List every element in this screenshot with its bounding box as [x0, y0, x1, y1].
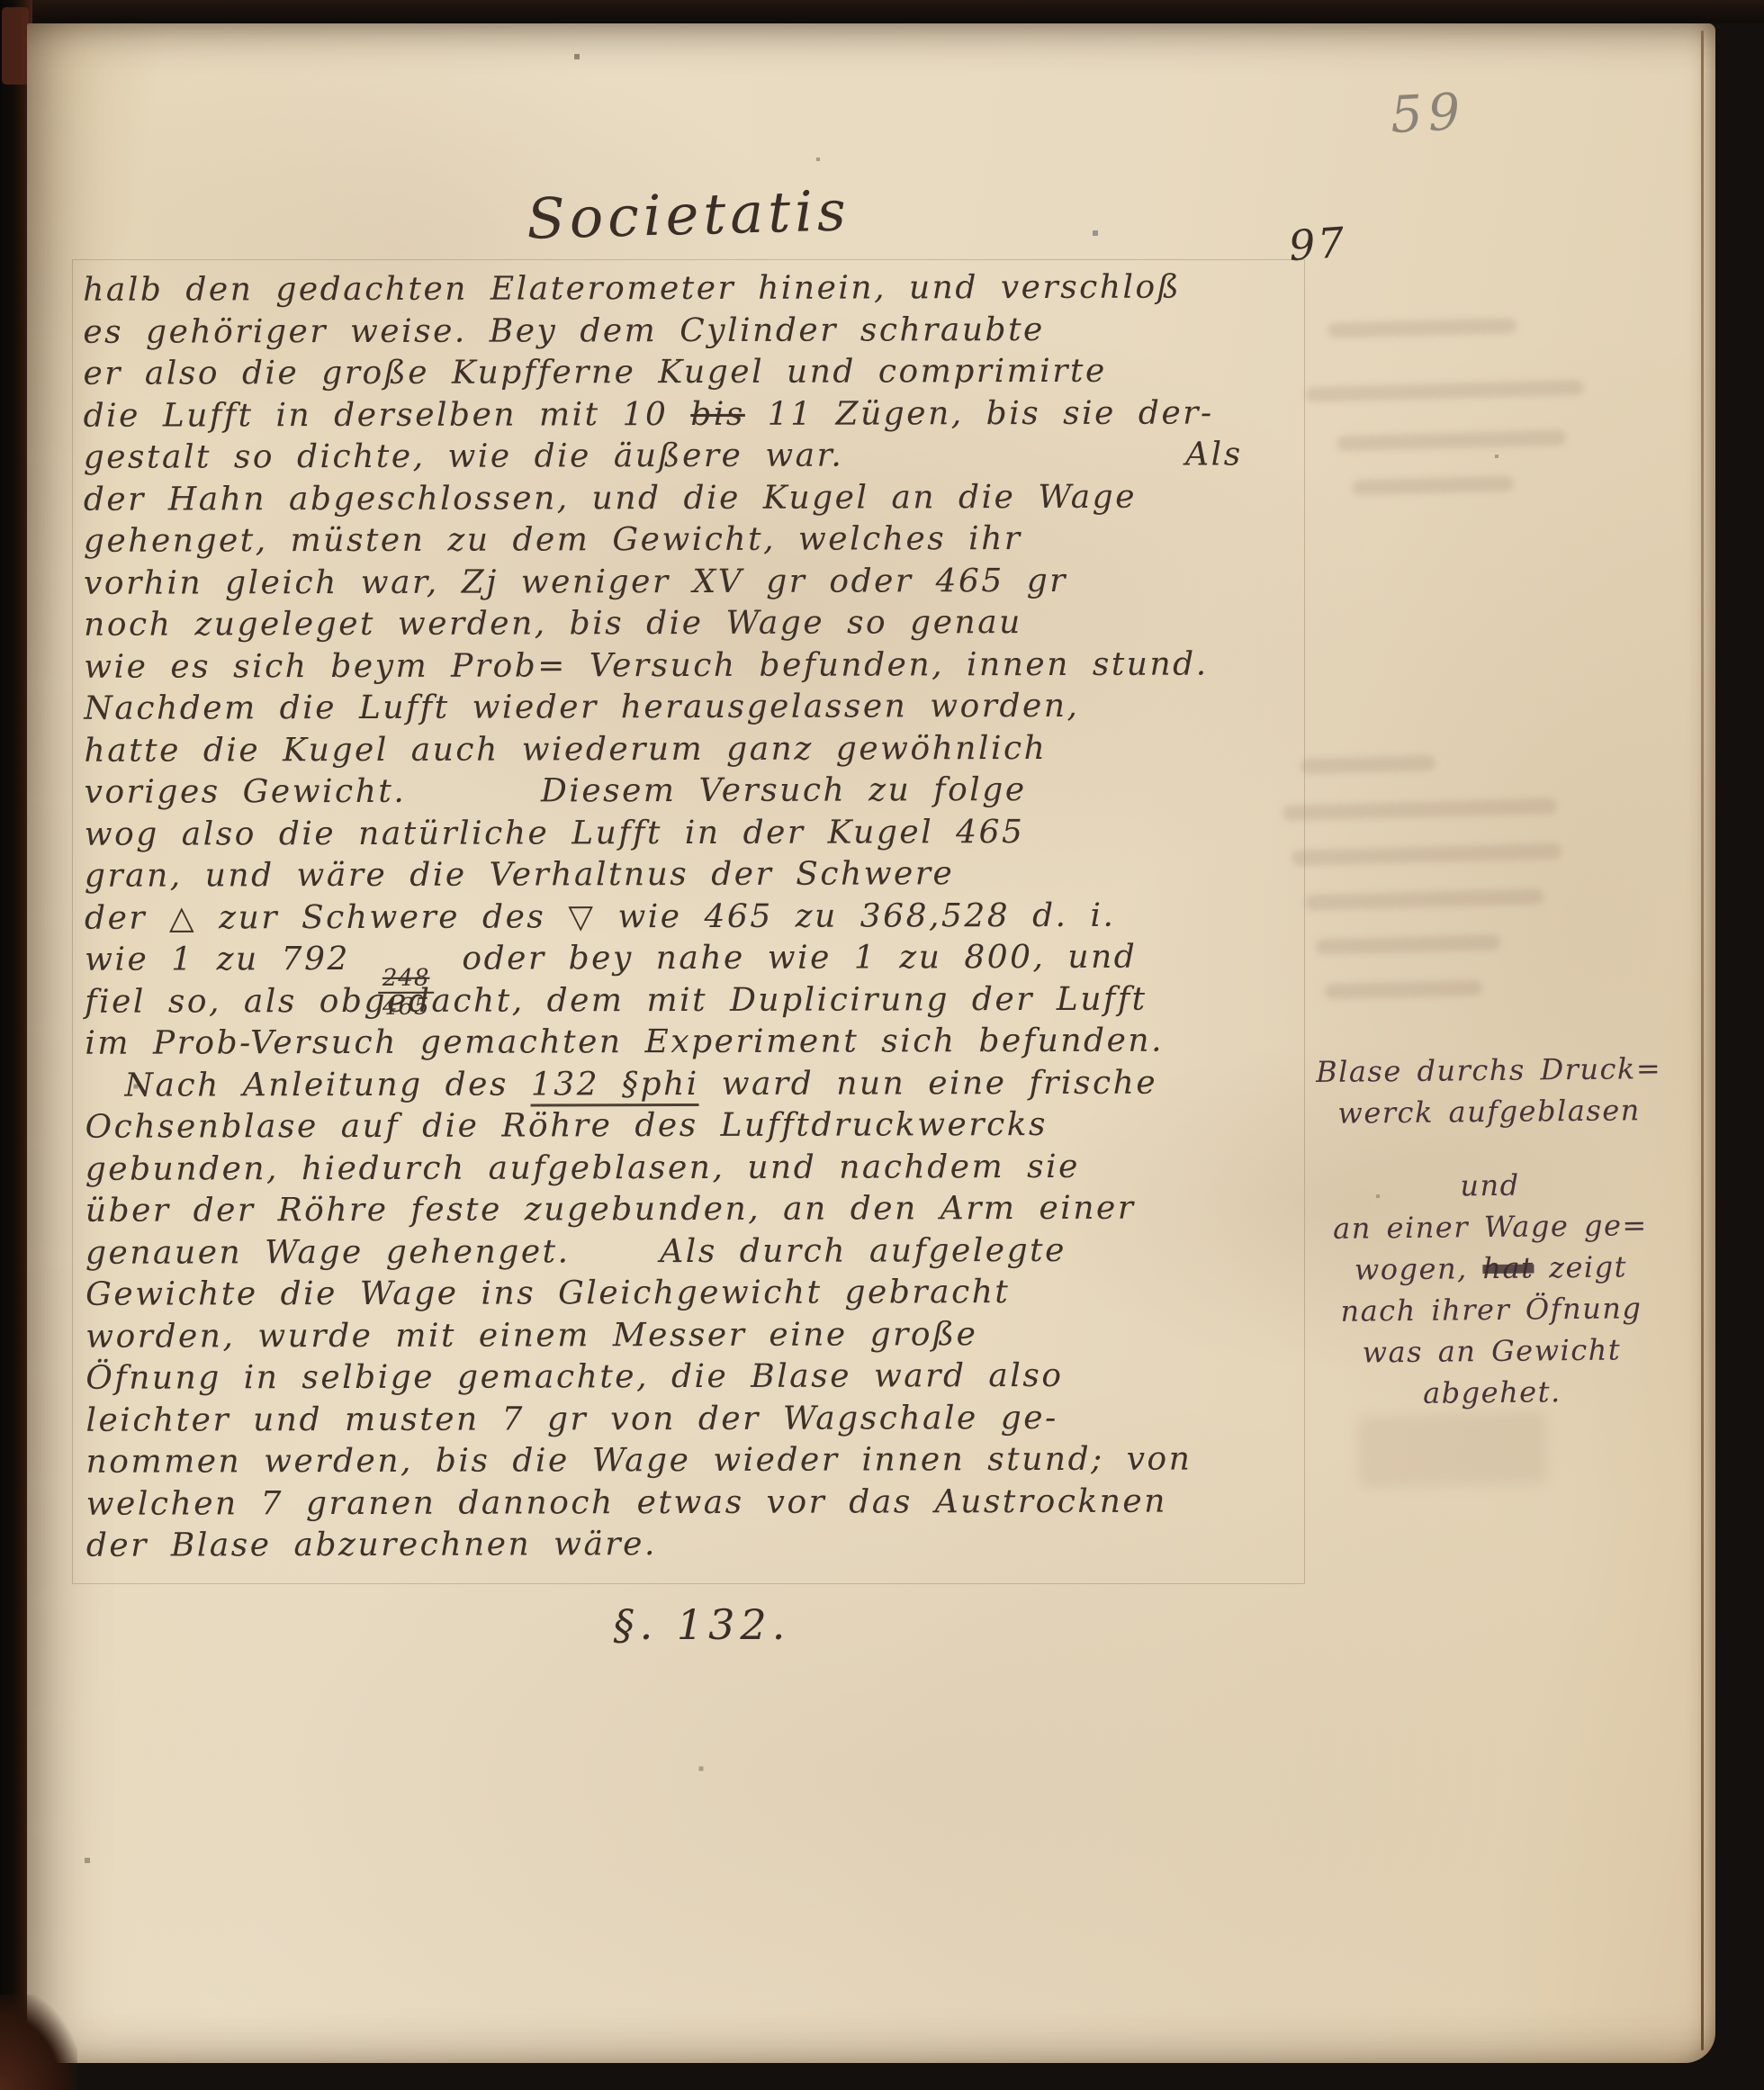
- text-segment: gestalt so dichte, wie die äußere war.: [84, 436, 844, 480]
- manuscript-line: gebunden, hiedurch aufgeblasen, und nach…: [85, 1146, 1299, 1191]
- manuscript-line: gestalt so dichte, wie die äußere war.Al…: [84, 434, 1297, 479]
- pencil-folio-number: 59: [1389, 83, 1467, 145]
- text-segment: Nach Anleitung des: [124, 1066, 530, 1104]
- manuscript-line: Nachdem die Lufft wieder herausgelassen …: [84, 685, 1297, 730]
- text-segment: wie 1 zu 792: [85, 941, 373, 978]
- manuscript-line: Gewichte die Wage ins Gleichgewicht gebr…: [85, 1271, 1299, 1316]
- main-text-block: halb den gedachten Elaterometer hinein, …: [83, 266, 1300, 1567]
- manuscript-line: wog also die natürliche Lufft in der Kug…: [85, 811, 1298, 856]
- bleedthrough-line: [1327, 318, 1516, 338]
- manuscript-line-with-fraction: wie 1 zu 792 248465 oder bey nahe wie 1 …: [85, 936, 1298, 981]
- manuscript-line: noch zugeleget werden, bis die Wage so g…: [84, 601, 1297, 646]
- bleedthrough-line: [1336, 430, 1566, 452]
- margin-note-line-with-correction: wogen, hat zeigt: [1294, 1246, 1687, 1292]
- manuscript-line: voriges Gewicht. Diesem Versuch zu folge: [85, 769, 1298, 814]
- text-segment: Als: [1185, 434, 1243, 476]
- manuscript-line: es gehöriger weise. Bey dem Cylinder sch…: [83, 309, 1296, 354]
- margin-note-line: abgehet.: [1296, 1370, 1688, 1416]
- bleedthrough-line: [1291, 843, 1561, 866]
- bleedthrough-line: [1282, 798, 1557, 821]
- page-heading: Societatis: [476, 176, 901, 253]
- bleedthrough-line: [1325, 980, 1482, 1000]
- bleedthrough-patch: [1356, 1411, 1547, 1488]
- manuscript-line: gran, und wäre die Verhaltnus der Schwer…: [85, 852, 1298, 897]
- manuscript-line: halb den gedachten Elaterometer hinein, …: [83, 266, 1296, 311]
- manuscript-line: der Hahn abgeschlossen, und die Kugel an…: [84, 476, 1297, 521]
- margin-note-line: und: [1293, 1163, 1686, 1209]
- manuscript-line-paragraph-start: Nach Anleitung des 132 §phi ward nun ein…: [85, 1062, 1298, 1107]
- underlined-reference: 132 §phi: [531, 1065, 699, 1105]
- text-segment: wogen,: [1354, 1251, 1483, 1286]
- margin-note-line: Blase durchs Druck=: [1292, 1048, 1685, 1094]
- bleedthrough-line: [1352, 476, 1514, 496]
- manuscript-line: der Blase abzurechnen wäre.: [86, 1522, 1300, 1567]
- manuscript-line: Öfnung in selbige gemachte, die Blase wa…: [85, 1355, 1299, 1400]
- text-segment: 11 Zügen, bis sie der-: [745, 394, 1214, 432]
- text-segment: ward nun eine frische: [699, 1064, 1157, 1102]
- manuscript-line: leichter und musten 7 gr von der Wagscha…: [85, 1397, 1299, 1442]
- bleedthrough-line: [1305, 889, 1543, 911]
- manuscript-line: im Prob-Versuch gemachten Experiment sic…: [85, 1020, 1298, 1065]
- manuscript-line: Ochsenblase auf die Röhre des Lufftdruck…: [85, 1104, 1299, 1149]
- manuscript-line: wie es sich beym Prob= Versuch befunden,…: [84, 644, 1297, 689]
- margin-note-line: was an Gewicht: [1295, 1329, 1687, 1374]
- text-segment: oder bey nahe wie 1 zu 800, und: [439, 939, 1137, 977]
- leather-cover-corner-bottom: [0, 1995, 77, 2090]
- manuscript-line: gehenget, müsten zu dem Gewicht, welches…: [84, 518, 1297, 563]
- margin-note-line: an einer Wage ge=: [1294, 1204, 1687, 1250]
- book-cover-top-edge: [0, 0, 1764, 23]
- manuscript-line: vorhin gleich war, Zj weniger XV gr oder…: [84, 560, 1297, 605]
- manuscript-page: 59 Societatis 97 halb den gedachten Elat…: [27, 23, 1715, 2063]
- manuscript-line: er also die große Kupfferne Kugel und co…: [83, 350, 1296, 395]
- manuscript-line-with-correction: die Lufft in derselben mit 10 bis 11 Züg…: [83, 392, 1296, 437]
- manuscript-line: über der Röhre feste zugebunden, an den …: [85, 1187, 1299, 1232]
- margin-note-line: nach ihrer Öfnung: [1295, 1287, 1687, 1333]
- text-segment: die Lufft in derselben mit 10: [83, 396, 690, 435]
- manuscript-line: fiel so, als obgedacht, dem mit Duplicir…: [85, 978, 1298, 1023]
- dust-specks: [27, 23, 29, 25]
- blotted-out-word: hat: [1482, 1250, 1534, 1285]
- leather-cover-corner-top: [2, 7, 29, 85]
- bleedthrough-line: [1305, 380, 1584, 402]
- manuscript-line: worden, wurde mit einem Messer eine groß…: [85, 1313, 1299, 1358]
- section-mark: §. 132.: [531, 1600, 873, 1649]
- margin-note-line: werck aufgeblasen: [1292, 1089, 1685, 1135]
- struck-word: bis: [690, 395, 745, 432]
- manuscript-line: hatte die Kugel auch wiederum ganz gewöh…: [84, 727, 1297, 772]
- bleedthrough-line: [1300, 755, 1435, 774]
- manuscript-line-with-symbols: der △ zur Schwere des ▽ wie 465 zu 368,5…: [85, 895, 1298, 940]
- bleedthrough-line: [1316, 934, 1500, 954]
- manuscript-line: welchen 7 granen dannoch etwas vor das A…: [86, 1481, 1300, 1526]
- text-segment: zeigt: [1534, 1249, 1627, 1284]
- page-edge-line: [1701, 31, 1704, 2050]
- margin-note: Blase durchs Druck= werck aufgeblasen un…: [1292, 1048, 1688, 1416]
- manuscript-line: nommen werden, bis die Wage wieder innen…: [86, 1438, 1300, 1483]
- manuscript-line: genauen Wage gehenget. Als durch aufgele…: [85, 1230, 1299, 1275]
